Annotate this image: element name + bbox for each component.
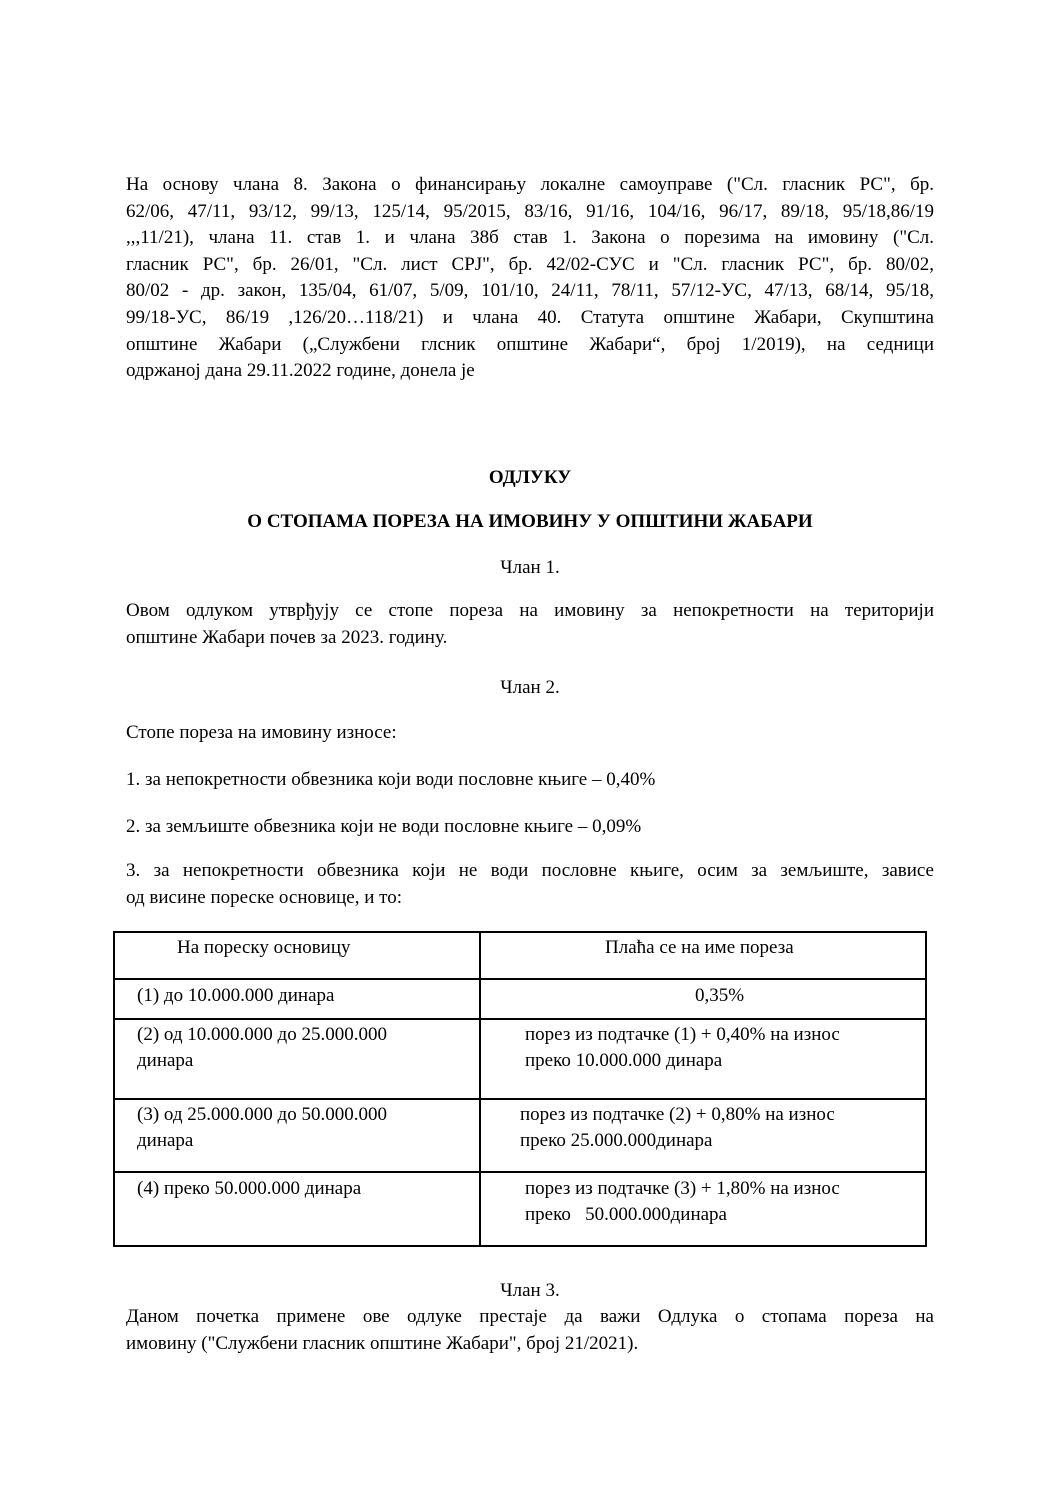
table-cell-line: порез из подтачке (2) + 0,80% на износ	[520, 1102, 835, 1128]
table-row-4-tax: порез из подтачке (3) + 1,80% на износ п…	[525, 1176, 840, 1228]
table-cell-line: порез из подтачке (1) + 0,40% на износ	[525, 1022, 840, 1048]
article-1-line: Овом одлуком утврђују се стопе пореза на…	[126, 598, 934, 625]
article-2-item-2: 2. за земљиште обвезника који не води по…	[126, 814, 934, 841]
article-3-line: имовину ("Службени гласник општине Жабар…	[126, 1331, 934, 1358]
table-row-3-tax: порез из подтачке (2) + 0,80% на износ п…	[520, 1102, 835, 1154]
table-row-divider	[115, 978, 925, 980]
table-cell-line: преко 25.000.000динара	[520, 1128, 835, 1154]
document-title: ОДЛУКУ	[126, 466, 934, 490]
article-1-heading: Члан 1.	[126, 556, 934, 580]
table-cell-line: (3) од 25.000.000 до 50.000.000	[137, 1102, 387, 1128]
article-2-heading: Члан 2.	[126, 676, 934, 700]
table-cell-line: динара	[137, 1048, 387, 1074]
article-2-item-1: 1. за непокретности обвезника који води …	[126, 767, 934, 794]
document-page: На основу члана 8. Закона о финансирању …	[0, 0, 1058, 1497]
table-cell-line: порез из подтачке (3) + 1,80% на износ	[525, 1176, 840, 1202]
preamble-line: ,,,11/21), члана 11. став 1. и члана 38б…	[126, 225, 934, 252]
table-cell-line: преко 10.000.000 динара	[525, 1048, 840, 1074]
article-1-line: општине Жабари почев за 2023. годину.	[126, 625, 934, 652]
preamble-paragraph: На основу члана 8. Закона о финансирању …	[126, 172, 934, 385]
article-1-text: Овом одлуком утврђују се стопе пореза на…	[126, 598, 934, 651]
article-2-item-3-line: 3. за непокретности обвезника који не во…	[126, 858, 934, 885]
preamble-line: гласник РС", бр. 26/01, "Сл. лист СРЈ", …	[126, 252, 934, 279]
table-cell-line: (2) од 10.000.000 до 25.000.000	[137, 1022, 387, 1048]
table-row-1-tax: 0,35%	[695, 983, 744, 1009]
table-row-4-base: (4) преко 50.000.000 динара	[137, 1176, 361, 1202]
preamble-line: На основу члана 8. Закона о финансирању …	[126, 172, 934, 199]
table-row-2-tax: порез из подтачке (1) + 0,40% на износ п…	[525, 1022, 840, 1074]
article-2-item-3-line: од висине пореске основице, и то:	[126, 885, 934, 912]
article-3-line: Даном почетка примене ове одлуке престај…	[126, 1304, 934, 1331]
document-subtitle: О СТОПАМА ПОРЕЗА НА ИМОВИНУ У ОПШТИНИ ЖА…	[126, 510, 934, 534]
table-row-1-base: (1) до 10.000.000 динара	[137, 983, 334, 1009]
table-header-base: На пореску основицу	[177, 935, 351, 961]
table-row-divider	[115, 1018, 925, 1020]
article-3-heading: Члан 3.	[126, 1279, 934, 1303]
tax-rate-table: На пореску основицу Плаћа се на име поре…	[113, 931, 927, 1247]
article-2-item-3: 3. за непокретности обвезника који не во…	[126, 858, 934, 911]
article-3-text: Даном почетка примене ове одлуке престај…	[126, 1304, 934, 1357]
article-2-intro: Стопе пореза на имовину износе:	[126, 720, 934, 747]
table-header-tax: Плаћа се на име пореза	[605, 935, 794, 961]
preamble-line: општине Жабари („Службени глсник општине…	[126, 332, 934, 359]
table-row-divider	[115, 1171, 925, 1173]
table-row-divider	[115, 1098, 925, 1100]
table-cell-line: динара	[137, 1128, 387, 1154]
preamble-line: одржаној дана 29.11.2022 године, донела …	[126, 358, 934, 385]
table-row-3-base: (3) од 25.000.000 до 50.000.000 динара	[137, 1102, 387, 1154]
preamble-line: 99/18-УС, 86/19 ,126/20…118/21) и члана …	[126, 305, 934, 332]
preamble-line: 62/06, 47/11, 93/12, 99/13, 125/14, 95/2…	[126, 199, 934, 226]
preamble-line: 80/02 - др. закон, 135/04, 61/07, 5/09, …	[126, 278, 934, 305]
table-cell-line: преко 50.000.000динара	[525, 1202, 840, 1228]
table-row-2-base: (2) од 10.000.000 до 25.000.000 динара	[137, 1022, 387, 1074]
